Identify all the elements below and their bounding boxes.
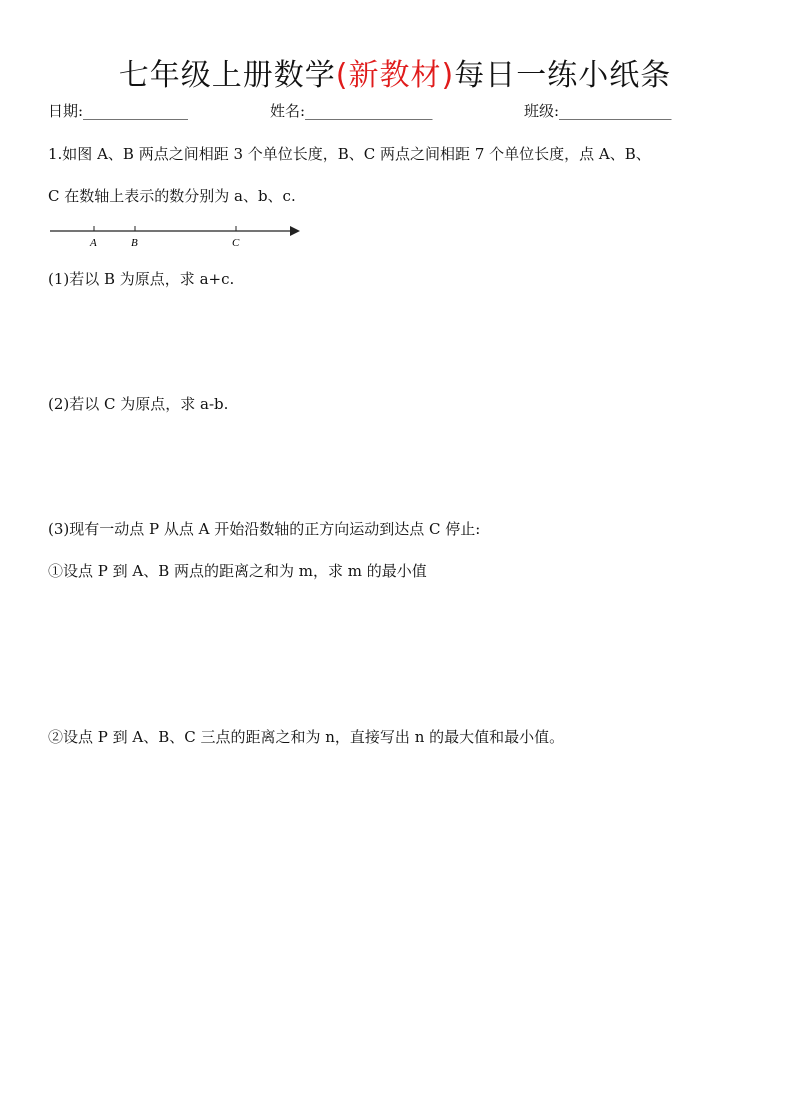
part-3-2: ②设点 P 到 A、B、C 三点的距离之和为 n，直接写出 n 的最大值和最小值…	[48, 726, 564, 747]
title-highlight: (新教材)	[336, 58, 454, 93]
label-c: C	[232, 237, 240, 249]
question-text-line1: 1.如图 A、B 两点之间相距 3 个单位长度，B、C 两点之间相距 7 个单位…	[48, 143, 651, 164]
title-main: 七年级上册数学	[119, 58, 336, 93]
label-a: A	[89, 237, 97, 249]
label-b: B	[131, 237, 138, 249]
part-3: (3)现有一动点 P 从点 A 开始沿数轴的正方向运动到达点 C 停止:	[48, 518, 480, 539]
title-suffix: 每日一练小纸条	[454, 58, 671, 93]
class-field[interactable]: 班级:_______________	[524, 100, 672, 121]
part-2: (2)若以 C 为原点，求 a-b.	[48, 393, 228, 414]
name-field[interactable]: 姓名:_________________	[270, 100, 433, 121]
number-line-diagram: A B C	[45, 220, 305, 252]
question-text-line2: C 在数轴上表示的数分别为 a、b、c.	[48, 185, 296, 206]
part-3-1: ①设点 P 到 A、B 两点的距离之和为 m，求 m 的最小值	[48, 560, 427, 581]
page-title: 七年级上册数学(新教材)每日一练小纸条	[0, 50, 790, 94]
part-1: (1)若以 B 为原点，求 a+c.	[48, 268, 234, 289]
date-field[interactable]: 日期:______________	[48, 100, 188, 121]
